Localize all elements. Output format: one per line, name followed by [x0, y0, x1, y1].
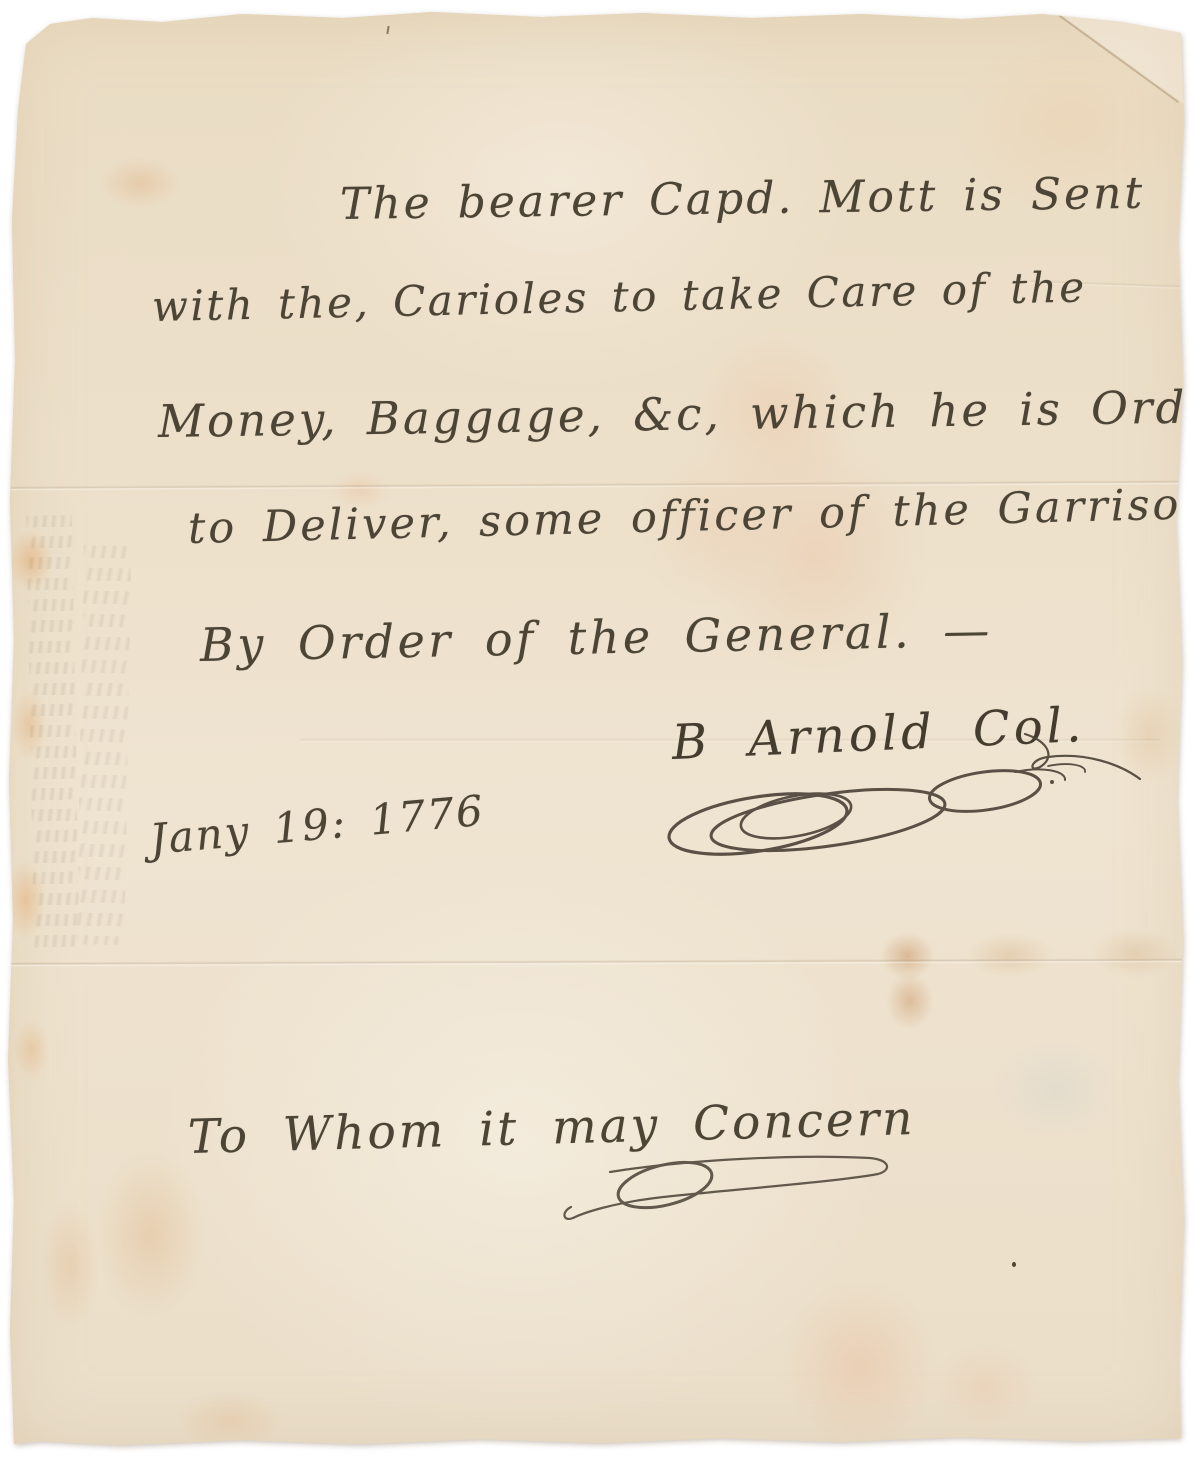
body-line-3: Money, Baggage, &c, which he is Ordered: [158, 379, 1200, 449]
stain: [886, 972, 934, 1030]
stain: [1090, 928, 1180, 978]
stain: [965, 933, 1055, 978]
bleedthrough-writing-ghost: [26, 515, 80, 956]
stain: [1115, 685, 1185, 785]
stain: [95, 1150, 205, 1320]
body-line-2: with the, Carioles to take Care of the: [151, 262, 1087, 332]
bleedthrough-writing-ghost: [77, 545, 132, 946]
scan-page: { "letter": { "body_lines": [ "The beare…: [0, 0, 1200, 1459]
stain: [8, 530, 53, 590]
stain: [12, 690, 47, 760]
stain: [990, 1040, 1120, 1140]
ink-speck: [386, 26, 389, 34]
fold-crease-middle: [8, 958, 1182, 967]
stain: [780, 1280, 940, 1450]
date-line: Jany 19: 1776: [148, 786, 487, 865]
stain: [40, 1200, 100, 1330]
closing-line: To Whom it may Concern: [187, 1091, 916, 1166]
body-line-1: The bearer Capd. Mott is Sent: [340, 168, 1146, 232]
body-line-4: to Deliver, some officer of the Garrison: [187, 479, 1200, 556]
signature: B Arnold Col.: [671, 697, 1087, 773]
stain: [14, 1020, 49, 1080]
paper-shadow: The bearer Capd. Mott is Sent with the, …: [0, 0, 1200, 1459]
scanned-letter: The bearer Capd. Mott is Sent with the, …: [0, 0, 1200, 1459]
stain: [100, 158, 180, 208]
body-line-5: By Order of the General. —: [199, 603, 993, 673]
letter-paper: The bearer Capd. Mott is Sent with the, …: [0, 0, 1200, 1459]
closing-flourish: [545, 1150, 915, 1235]
ink-speck: [1012, 1262, 1016, 1267]
stain: [880, 932, 935, 980]
stain: [930, 1340, 1040, 1430]
stain: [175, 1390, 285, 1450]
stain: [6, 860, 46, 940]
